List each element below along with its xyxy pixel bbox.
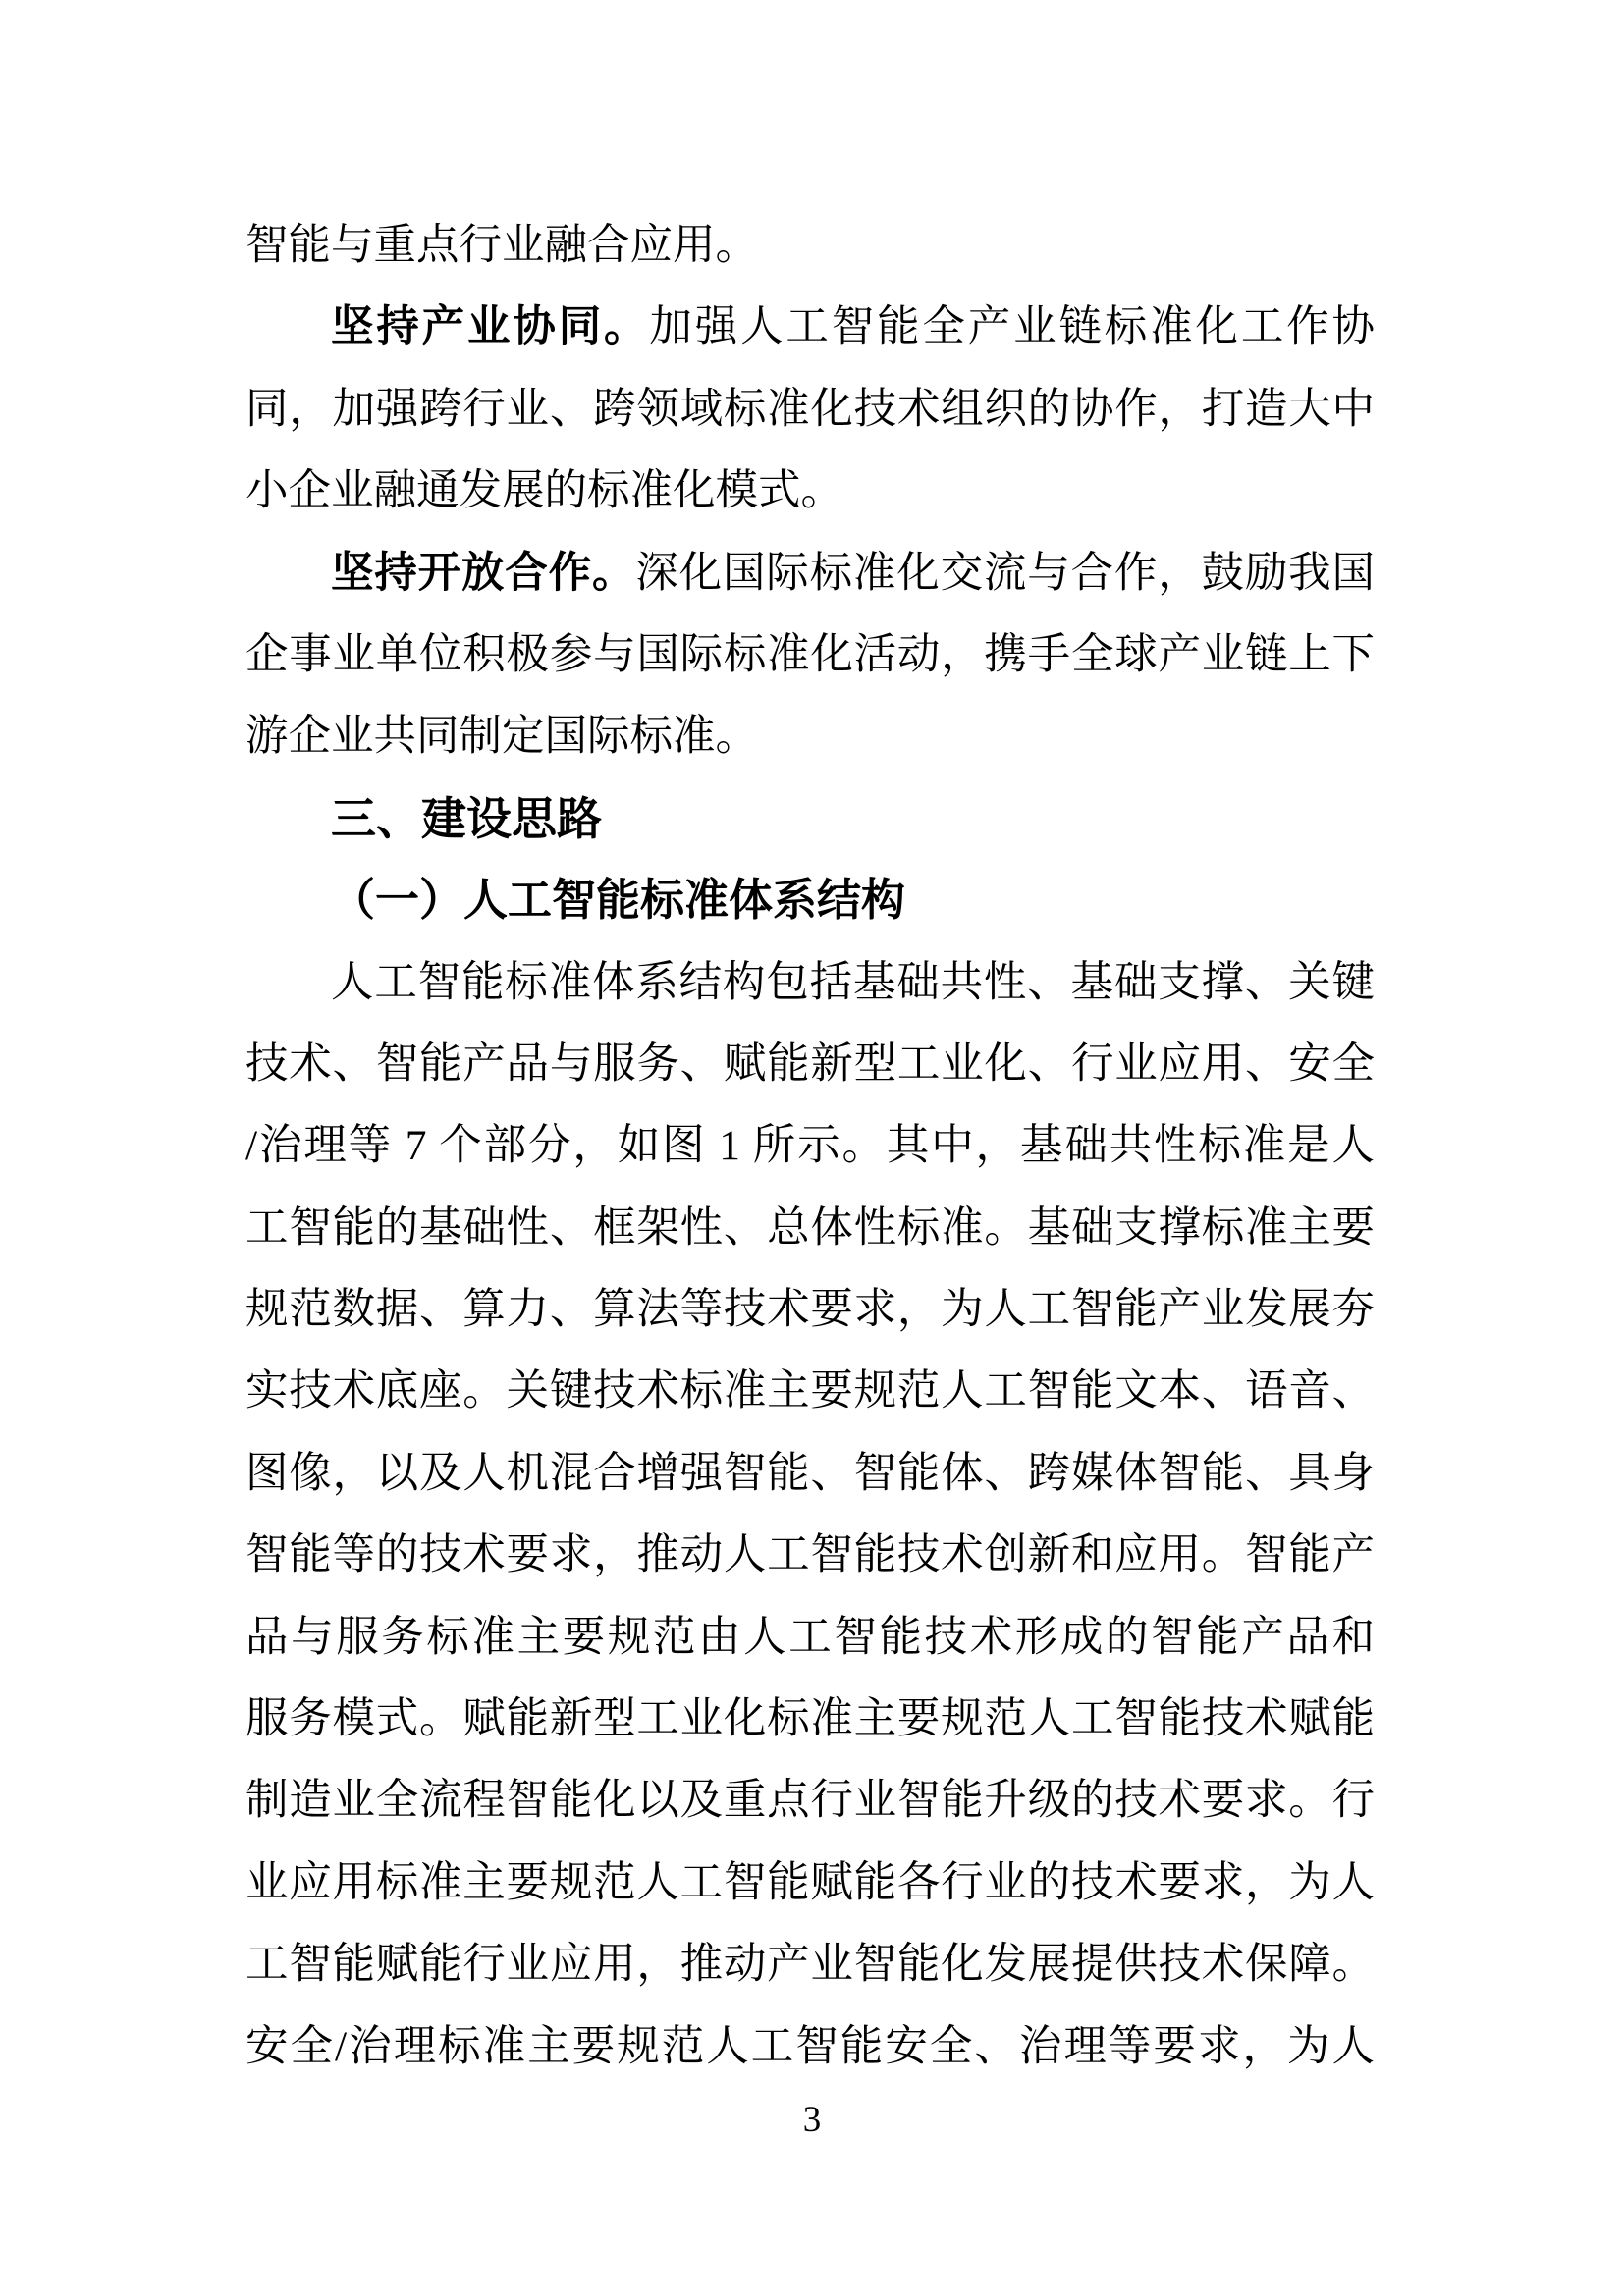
bold-lead: 坚持产业协同。 (331, 303, 649, 350)
subsection-heading-line: （一）人工智能标准体系结构 (245, 860, 1375, 941)
text-content: 智能与重点行业融合应用。坚持产业协同。加强人工智能全产业链标准化工作协同，加强跨… (245, 205, 1375, 2088)
body-text-line: 工智能的基础性、框架性、总体性标准。基础支撑标准主要 (245, 1188, 1375, 1269)
body-text-line: 同，加强跨行业、跨领域标准化技术组织的协作，打造大中 (245, 369, 1375, 451)
body-text-line: 智能等的技术要求，推动人工智能技术创新和应用。智能产 (245, 1515, 1375, 1596)
body-text-line: 人工智能标准体系结构包括基础共性、基础支撑、关键 (245, 942, 1375, 1024)
page-number: 3 (0, 2097, 1624, 2144)
line-text: 深化国际标准化交流与合作，鼓励我国 (635, 550, 1375, 597)
body-text-line: /治理等 7 个部分，如图 1 所示。其中，基础共性标准是人 (245, 1105, 1375, 1187)
body-text-line: 规范数据、算力、算法等技术要求，为人工智能产业发展夯 (245, 1269, 1375, 1351)
body-text-line: 工智能赋能行业应用，推动产业智能化发展提供技术保障。 (245, 1924, 1375, 2005)
body-text-line: 坚持产业协同。加强人工智能全产业链标准化工作协 (245, 287, 1375, 368)
document-page: 智能与重点行业融合应用。坚持产业协同。加强人工智能全产业链标准化工作协同，加强跨… (0, 0, 1624, 2296)
body-text-line: 游企业共同制定国际标准。 (245, 696, 1375, 777)
body-text-line: 小企业融通发展的标准化模式。 (245, 451, 1375, 532)
body-text-line: 企事业单位积极参与国际标准化活动，携手全球产业链上下 (245, 614, 1375, 696)
line-text: 加强人工智能全产业链标准化工作协 (649, 303, 1375, 350)
body-text-line: 技术、智能产品与服务、赋能新型工业化、行业应用、安全 (245, 1024, 1375, 1105)
body-text-line: 服务模式。赋能新型工业化标准主要规范人工智能技术赋能 (245, 1679, 1375, 1760)
body-text-line: 智能与重点行业融合应用。 (245, 205, 1375, 287)
body-text-line: 业应用标准主要规范人工智能赋能各行业的技术要求，为人 (245, 1842, 1375, 1924)
section-heading-line: 三、建设思路 (245, 778, 1375, 860)
body-text-line: 坚持开放合作。深化国际标准化交流与合作，鼓励我国 (245, 533, 1375, 614)
body-text-line: 制造业全流程智能化以及重点行业智能升级的技术要求。行 (245, 1760, 1375, 1842)
body-text-line: 安全/治理标准主要规范人工智能安全、治理等要求，为人 (245, 2006, 1375, 2088)
body-text-line: 实技术底座。关键技术标准主要规范人工智能文本、语音、 (245, 1351, 1375, 1432)
bold-lead: 坚持开放合作。 (331, 550, 635, 597)
body-text-line: 品与服务标准主要规范由人工智能技术形成的智能产品和 (245, 1597, 1375, 1679)
body-text-line: 图像，以及人机混合增强智能、智能体、跨媒体智能、具身 (245, 1433, 1375, 1515)
